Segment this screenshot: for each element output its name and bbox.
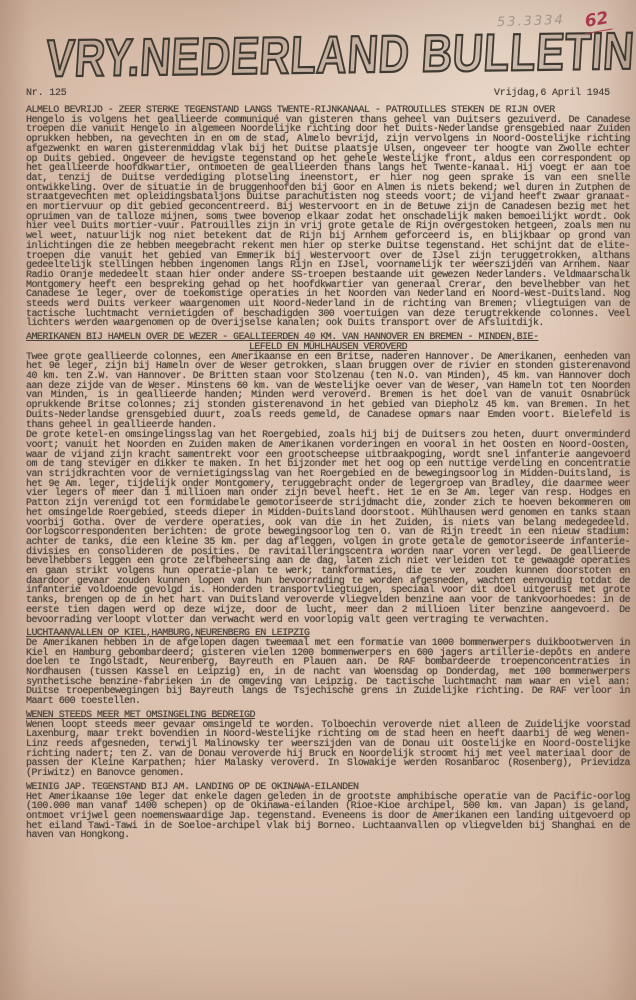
issue-date: Vrijdag,6 April 1945 [494, 88, 610, 99]
article-body: De Amerikanen hebben in de afgelopen dag… [26, 639, 630, 707]
article-body: Hengelo is volgens het geallieerde commu… [26, 116, 630, 329]
bulletin-page: VRY.NEDERLAND BULLETIN 53.3334 62 Nr. 12… [0, 0, 636, 1000]
article-column: ALMELO BEVRIJD - ZEER STERKE TEGENSTAND … [26, 106, 630, 845]
issue-line: Nr. 125 Vrijdag,6 April 1945 [26, 88, 610, 99]
article-body: Wenen loopt steeds meer gevaar omsingeld… [26, 721, 630, 779]
article-section-hameln: AMERIKANEN BIJ HAMELN OVER DE WEZER - GE… [26, 333, 630, 625]
article-body-2: De grote ketel-en omsingelingsslag van h… [26, 431, 630, 625]
article-section-luchtaanvallen: LUCHTAANVALLEN OP KIEL,HAMBURG,NEURENBER… [26, 629, 630, 707]
issue-number: Nr. 125 [26, 88, 67, 99]
article-body: Twee grote geallieerde colonnes, een Ame… [26, 353, 630, 431]
article-body: Het Amerikaanse 10e leger dat enkele dag… [26, 793, 630, 842]
article-section-almelo: ALMELO BEVRIJD - ZEER STERKE TEGENSTAND … [26, 106, 630, 329]
article-section-okinawa: WEINIG JAP. TEGENSTAND BIJ AM. LANDING O… [26, 783, 630, 841]
archive-pencil-mark: 53.3334 [497, 13, 565, 30]
archive-red-mark: 62 [581, 8, 612, 34]
article-section-wenen: WENEN STEEDS MEER MET OMSINGELING BEDREI… [26, 711, 630, 779]
